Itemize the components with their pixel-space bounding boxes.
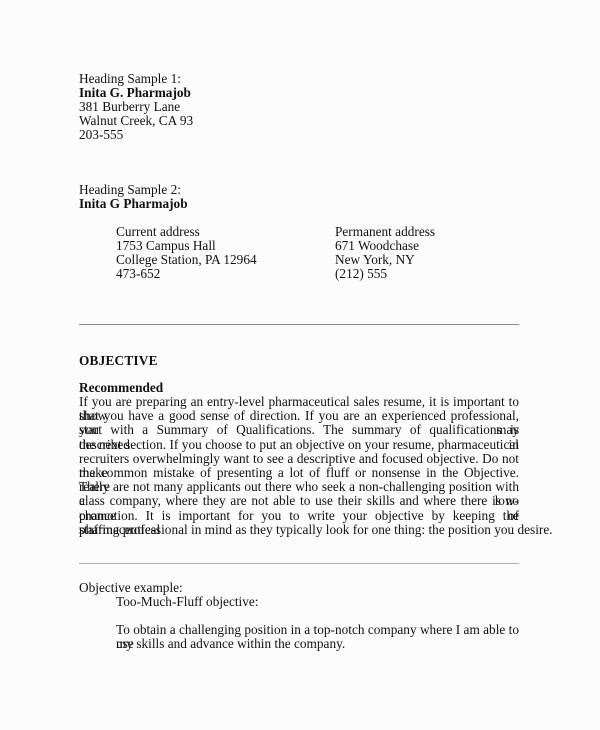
objective-paragraph: If you are preparing an entry-level phar… (79, 395, 519, 537)
objective-example-type-text: Too-Much-Fluff objective: (116, 595, 258, 609)
paragraph-line: class company, where they are not able t… (79, 494, 519, 508)
document-page: Heading Sample 1: Inita G. Pharmajob 381… (0, 0, 600, 730)
paragraph-line: really are not many applicants out there… (79, 480, 519, 494)
permanent-address-city: New York, NY (335, 253, 435, 267)
paragraph-line: the common mistake of presenting a lot o… (79, 466, 519, 480)
paragraph-line: promotion. It is important for you to wr… (79, 509, 519, 523)
objective-example-label-text: Objective example: (79, 581, 183, 595)
objective-example-label: Objective example: (79, 581, 183, 595)
example-line: To obtain a challenging position in a to… (116, 623, 519, 637)
paragraph-line: recruiters overwhelmingly want to see a … (79, 452, 519, 466)
heading-sample-2: Heading Sample 2: Inita G Pharmajob (79, 183, 188, 211)
heading-sample-1-phone: 203-555 (79, 128, 193, 142)
paragraph-line: If you are preparing an entry-level phar… (79, 395, 519, 409)
current-address-label: Current address (116, 225, 257, 239)
paragraph-line: that you have a good sense of direction.… (79, 409, 519, 423)
current-address-city: College Station, PA 12964 (116, 253, 257, 267)
permanent-address-phone: (212) 555 (335, 267, 435, 281)
objective-example-text: To obtain a challenging position in a to… (116, 623, 519, 651)
permanent-address: Permanent address 671 Woodchase New York… (335, 225, 435, 281)
current-address-phone: 473-652 (116, 267, 257, 281)
paragraph-line: the next section. If you choose to put a… (79, 438, 519, 452)
objective-subtitle: Recommended (79, 381, 163, 395)
example-line: my skills and advance within the company… (116, 637, 519, 651)
current-address-street: 1753 Campus Hall (116, 239, 257, 253)
heading-sample-1-label: Heading Sample 1: (79, 72, 193, 86)
paragraph-line: start with a Summary of Qualifications. … (79, 423, 519, 437)
current-address: Current address 1753 Campus Hall College… (116, 225, 257, 281)
permanent-address-label: Permanent address (335, 225, 435, 239)
paragraph-line: staffing professional in mind as they ty… (79, 523, 519, 537)
horizontal-rule (79, 563, 519, 564)
horizontal-rule (79, 324, 519, 325)
heading-sample-1-city: Walnut Creek, CA 93 (79, 114, 193, 128)
objective-example-type: Too-Much-Fluff objective: (116, 595, 258, 609)
heading-sample-2-name: Inita G Pharmajob (79, 197, 188, 211)
heading-sample-1-name: Inita G. Pharmajob (79, 86, 193, 100)
permanent-address-street: 671 Woodchase (335, 239, 435, 253)
objective-subtitle-text: Recommended (79, 381, 163, 395)
heading-sample-1: Heading Sample 1: Inita G. Pharmajob 381… (79, 72, 193, 142)
objective-heading: OBJECTIVE (79, 354, 158, 368)
heading-sample-2-label: Heading Sample 2: (79, 183, 188, 197)
objective-title: OBJECTIVE (79, 354, 158, 368)
heading-sample-1-street: 381 Burberry Lane (79, 100, 193, 114)
